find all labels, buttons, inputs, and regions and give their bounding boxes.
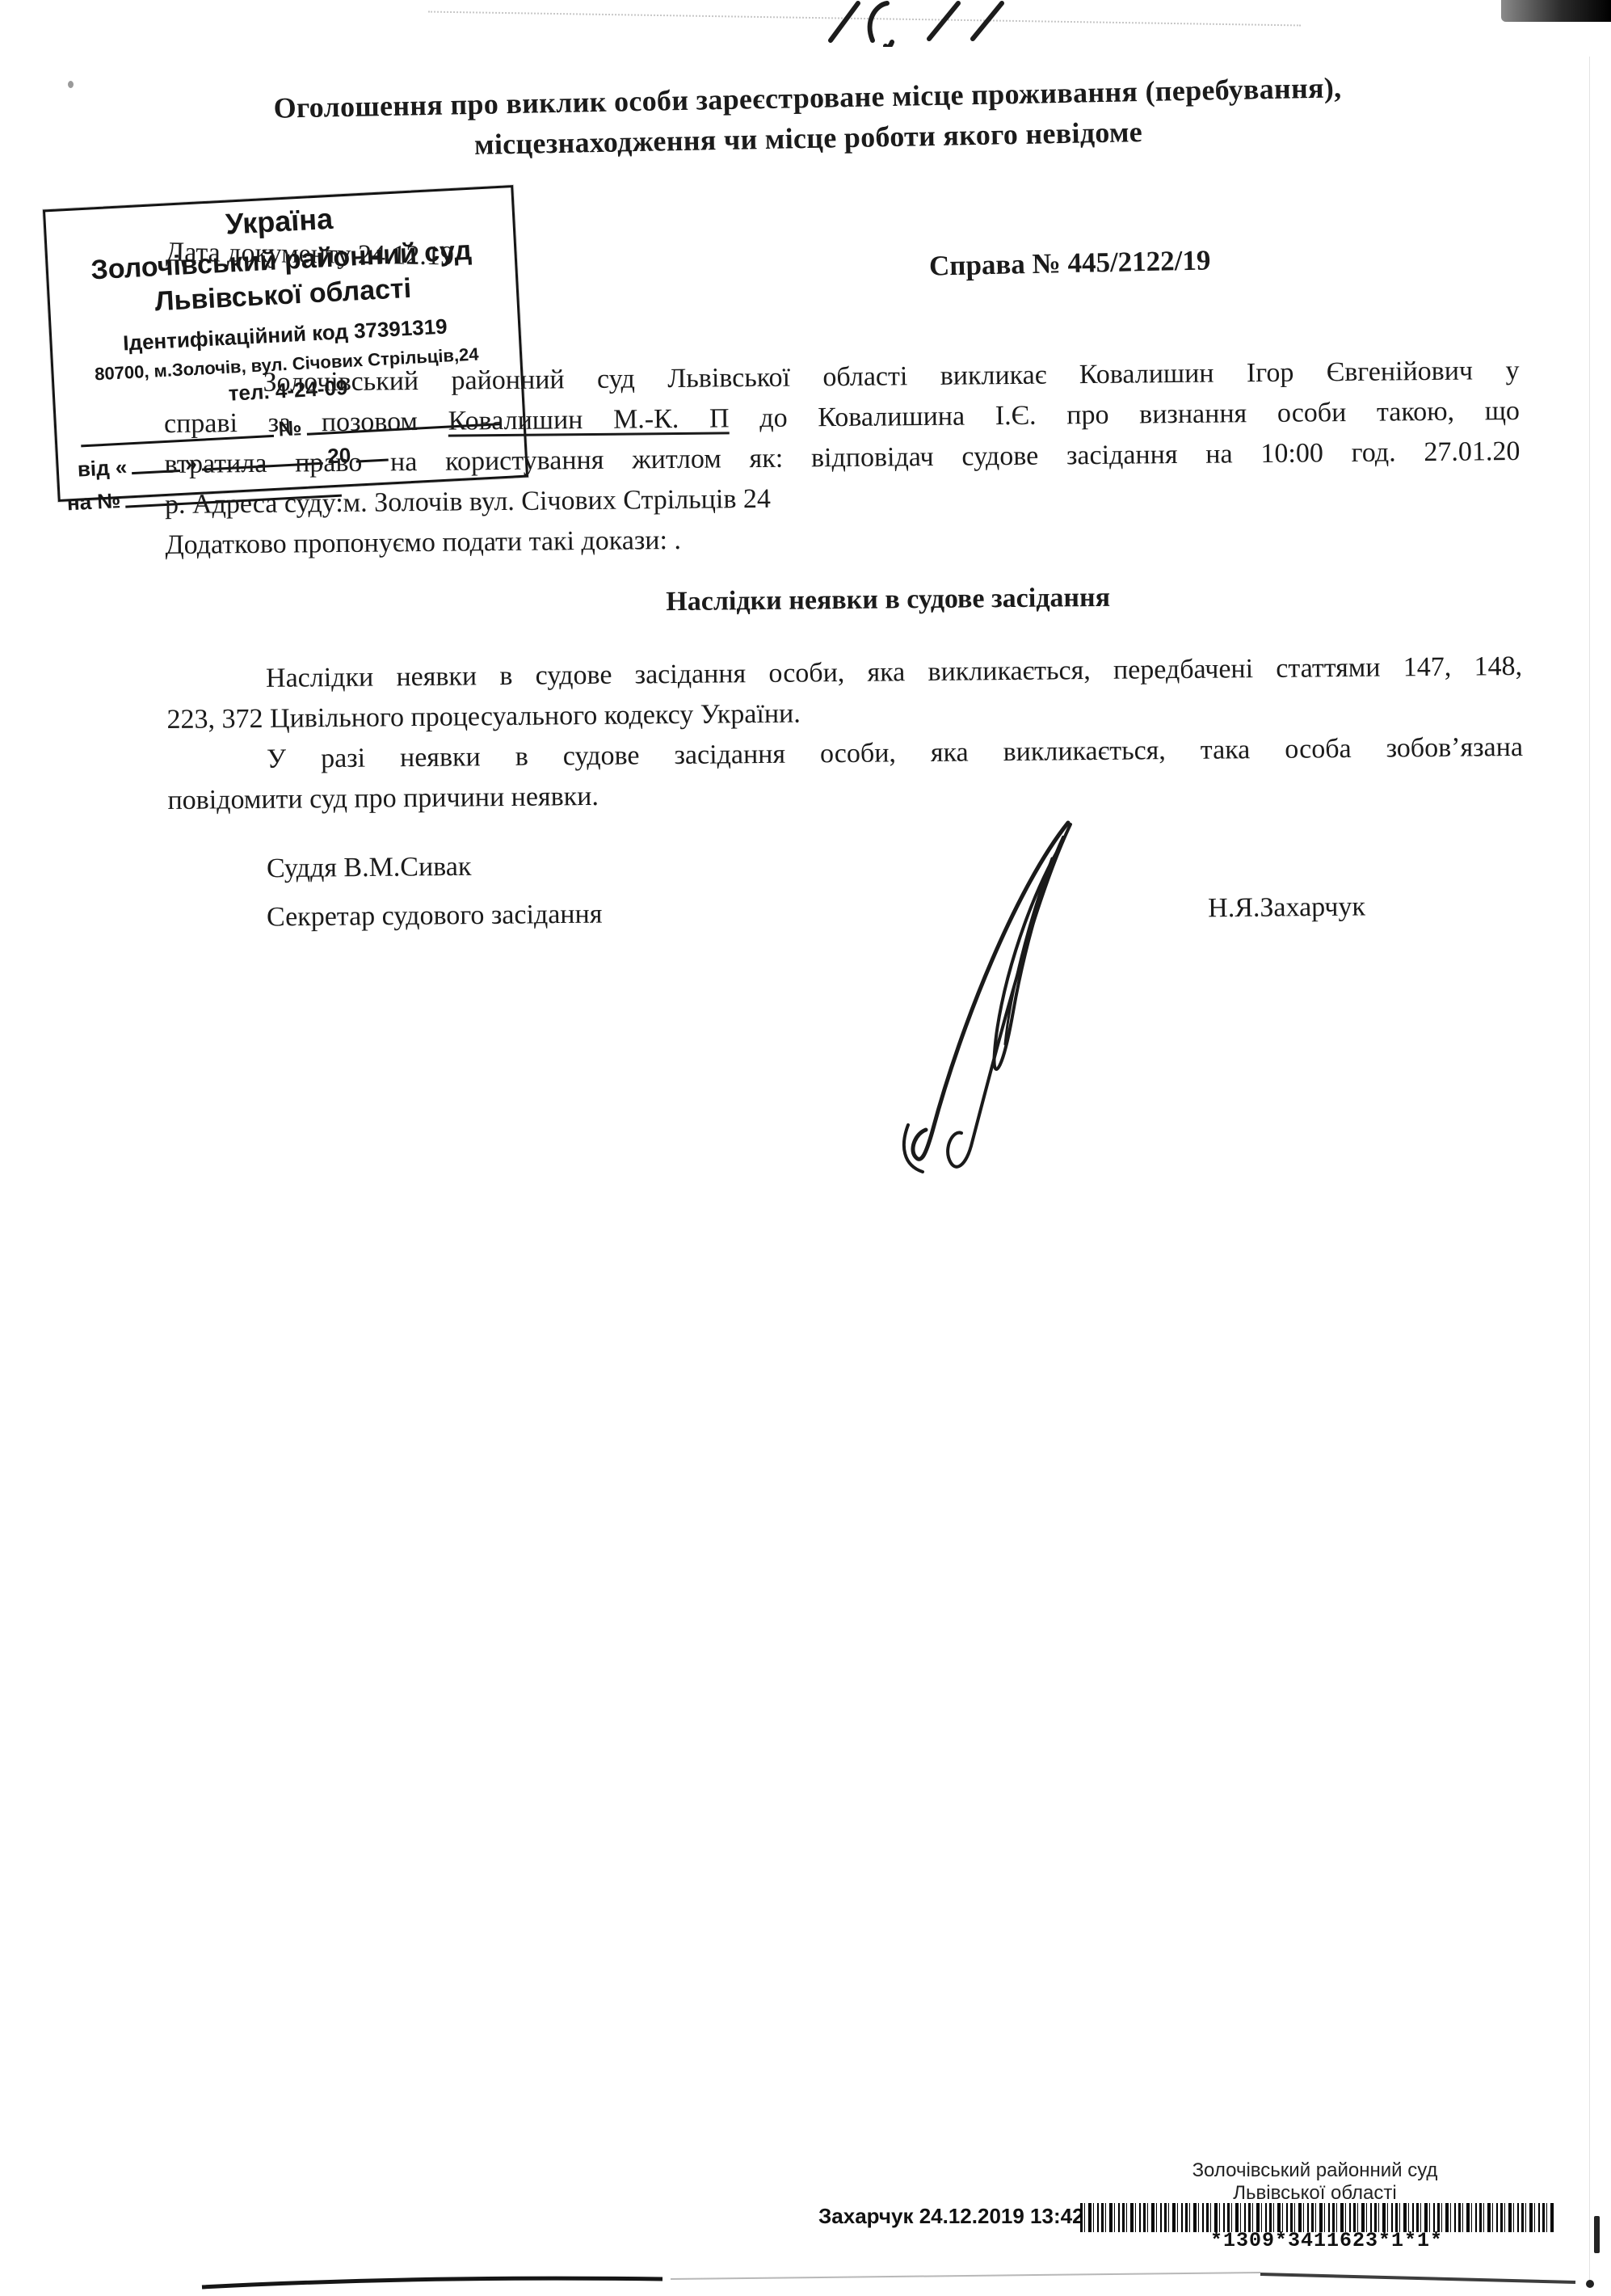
stamp-country: Україна (225, 202, 334, 242)
secretary-name: Н.Я.Захарчук (1208, 891, 1365, 924)
body-line-2-pre: справі за позовом (164, 407, 448, 439)
case-number: Справа № 445/2122/19 (929, 244, 1211, 282)
document-date-line: Дата документу 24.12.19 (166, 238, 454, 272)
barcode-text: *1309*3411623*1*1* (1210, 2229, 1443, 2252)
footer-court-block: Золочівський районний суд Львівської обл… (1176, 2159, 1454, 2205)
secretary-signature-row: Секретар судового засідання Н.Я.Захарчук (267, 891, 1365, 933)
scan-speck (68, 81, 74, 88)
barcode (1080, 2203, 1555, 2232)
judge-signature-line: Суддя В.М.Сивак (267, 852, 472, 884)
stamp-incoming-label: на № (66, 488, 121, 516)
consequences-heading: Наслідки неявки в судове засідання (210, 573, 1566, 626)
secretary-label: Секретар судового засідання (267, 899, 603, 933)
scanner-corner-artifact (1501, 0, 1611, 22)
document-title: Оголошення про виклик особи зареєстрован… (72, 64, 1544, 173)
handwritten-marks (808, 0, 1018, 47)
letter-body: Золочівський районний суд Львівської обл… (163, 351, 1523, 821)
scan-edge-line (1589, 57, 1590, 2288)
plaintiff-name-underlined: Ковалишин М.-К. П (448, 403, 729, 436)
footer-registration-line: Захарчук 24.12.2019 13:42:40 (818, 2204, 1114, 2229)
body-line-2-post: до Ковалишина І.Є. про визнання особи та… (729, 396, 1520, 433)
footer-court-name: Золочівський районний суд (1176, 2159, 1454, 2182)
footer-court-region: Львівської області (1176, 2182, 1454, 2205)
handwritten-signature (881, 808, 1099, 1184)
scan-bottom-edge (0, 2263, 1611, 2296)
scan-edge-mark (1594, 2216, 1600, 2253)
scanned-court-document: Оголошення про виклик особи зареєстрован… (0, 0, 1611, 2296)
stamp-from-label: від « (77, 455, 128, 482)
